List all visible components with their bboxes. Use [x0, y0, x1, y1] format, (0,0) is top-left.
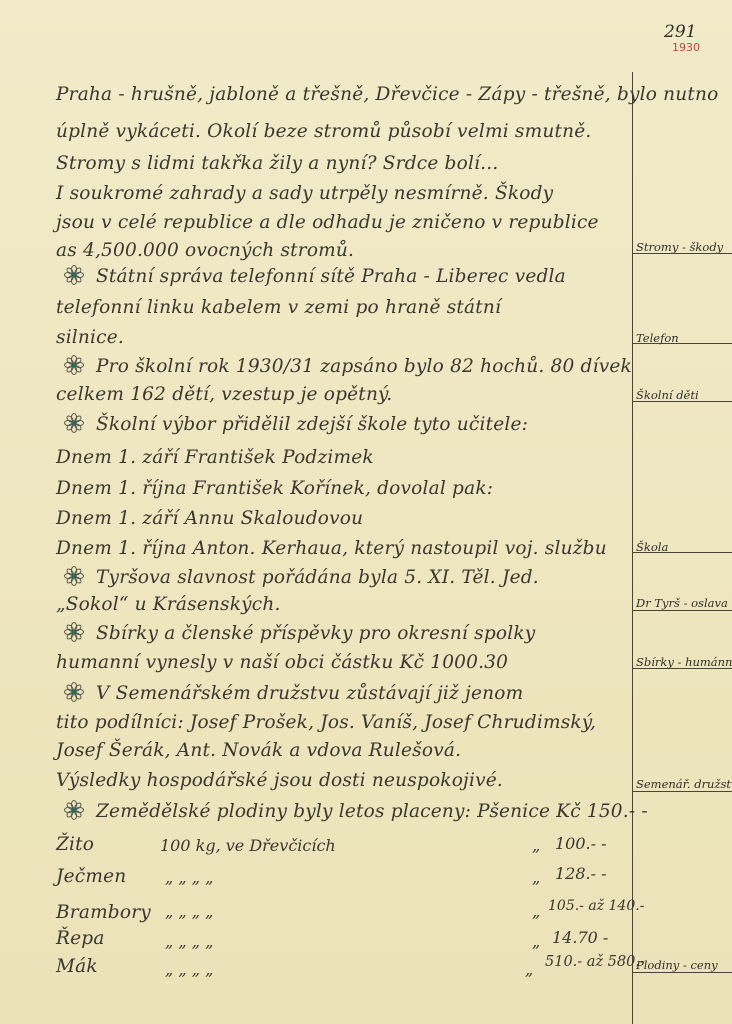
text-line: celkem 162 dětí, vzestup je opětný.	[56, 384, 392, 405]
text-line: Pro školní rok 1930/31 zapsáno bylo 82 h…	[64, 355, 632, 377]
text-line: Tyršova slavnost pořádána byla 5. XI. Tě…	[64, 566, 539, 588]
flower-bullet-icon	[64, 413, 84, 433]
text-line: Stromy s lidmi takřka žily a nyní? Srdce…	[56, 153, 498, 174]
text-line: Zemědělské plodiny byly letos placeny: P…	[64, 800, 648, 822]
margin-rule	[632, 972, 732, 973]
price-row-mark: „	[532, 868, 540, 887]
text-line: Dnem 1. září František Podzimek	[56, 447, 374, 468]
text-line: Školní výbor přidělil zdejší škole tyto …	[64, 413, 528, 435]
price-row-note: 100 kg, ve Dřevčicích	[160, 836, 336, 855]
text-line: telefonní linku kabelem v zemi po hraně …	[56, 297, 501, 318]
price-row-price: 14.70 -	[552, 928, 608, 947]
price-row-price: 100.- -	[555, 834, 607, 853]
price-row-crop: Žito	[56, 834, 94, 855]
text-line: I soukromé zahrady a sady utrpěly nesmír…	[56, 183, 553, 204]
text-line-content: Pro školní rok 1930/31 zapsáno bylo 82 h…	[96, 356, 632, 377]
margin-rule	[632, 610, 732, 611]
page-number: 291	[664, 22, 696, 42]
text-line: silnice.	[56, 327, 124, 348]
text-line: úplně vykáceti. Okolí beze stromů působí…	[56, 121, 591, 142]
margin-rule	[632, 791, 732, 792]
text-line: Josef Šerák, Ant. Novák a vdova Rulešová…	[56, 740, 461, 761]
price-row-price: 105.- až 140.-	[548, 898, 644, 914]
price-row-note: „ „ „ „	[165, 932, 213, 951]
margin-rule	[632, 401, 732, 402]
text-line: V Semenářském družstvu zůstávají již jen…	[64, 682, 523, 704]
text-line-content: Školní výbor přidělil zdejší škole tyto …	[96, 414, 528, 435]
margin-rule	[632, 343, 732, 344]
text-line: „Sokol“ u Krásenských.	[56, 594, 281, 615]
margin-note-semenar-druzstvo: Semenář. družstvo	[636, 777, 732, 791]
margin-note-plodiny-ceny: Plodiny - ceny	[636, 958, 732, 972]
price-row-note: „ „ „ „	[165, 960, 213, 979]
price-row-crop: Ječmen	[56, 866, 126, 887]
margin-rule	[632, 668, 732, 669]
margin-note-sbirky: Sbírky - humánní	[636, 655, 732, 669]
margin-rule	[632, 253, 732, 254]
margin-note-tyrs-oslava: Dr Tyrš - oslava	[636, 596, 732, 610]
price-row-note: „ „ „ „	[165, 902, 213, 921]
text-line: Praha - hrušně, jabloně a třešně, Dřevči…	[56, 84, 718, 105]
text-line-content: Tyršova slavnost pořádána byla 5. XI. Tě…	[96, 567, 539, 588]
price-row-price: 128.- -	[555, 864, 607, 883]
text-line: Dnem 1. září Annu Skaloudovou	[56, 508, 363, 529]
price-row-mark: „	[532, 932, 540, 951]
flower-bullet-icon	[64, 800, 84, 820]
price-row-mark: „	[525, 960, 533, 979]
text-line: Dnem 1. října Anton. Kerhaua, který nast…	[56, 538, 607, 559]
price-row-crop: Brambory	[56, 902, 151, 923]
text-line-content: V Semenářském družstvu zůstávají již jen…	[96, 683, 523, 704]
price-row-note: „ „ „ „	[165, 868, 213, 887]
flower-bullet-icon	[64, 622, 84, 642]
margin-divider	[632, 72, 633, 1024]
flower-bullet-icon	[64, 265, 84, 285]
text-line: tito podílníci: Josef Prošek, Jos. Vaníš…	[56, 712, 596, 733]
margin-note-stromy: Stromy - škody	[636, 240, 732, 254]
text-line: humanní vynesly v naší obci částku Kč 10…	[56, 652, 508, 673]
text-line: jsou v celé republice a dle odhadu je zn…	[56, 212, 599, 233]
text-line-content: Sbírky a členské příspěvky pro okresní s…	[96, 623, 535, 644]
margin-rule	[632, 552, 732, 553]
text-line: Výsledky hospodářské jsou dosti neuspoko…	[56, 770, 503, 791]
price-row-mark: „	[532, 902, 540, 921]
price-row-price: 510.- až 580.-	[545, 954, 645, 970]
text-line-content: Zemědělské plodiny byly letos placeny: P…	[96, 801, 648, 822]
flower-bullet-icon	[64, 355, 84, 375]
text-line: Sbírky a členské příspěvky pro okresní s…	[64, 622, 535, 644]
text-line-content: Státní správa telefonní sítě Praha - Lib…	[96, 266, 566, 287]
manuscript-page: 291 1930 Praha - hrušně, jabloně a třešn…	[0, 0, 732, 1024]
flower-bullet-icon	[64, 566, 84, 586]
page-year: 1930	[672, 41, 700, 54]
text-line: Státní správa telefonní sítě Praha - Lib…	[64, 265, 566, 287]
text-line: Dnem 1. října František Kořínek, dovolal…	[56, 478, 493, 499]
price-row-mark: „	[532, 836, 540, 855]
margin-note-skolni-deti: Školní děti	[636, 388, 732, 402]
price-row-crop: Mák	[56, 956, 98, 977]
flower-bullet-icon	[64, 682, 84, 702]
price-row-crop: Řepa	[56, 928, 105, 949]
text-line: as 4,500.000 ovocných stromů.	[56, 240, 354, 261]
